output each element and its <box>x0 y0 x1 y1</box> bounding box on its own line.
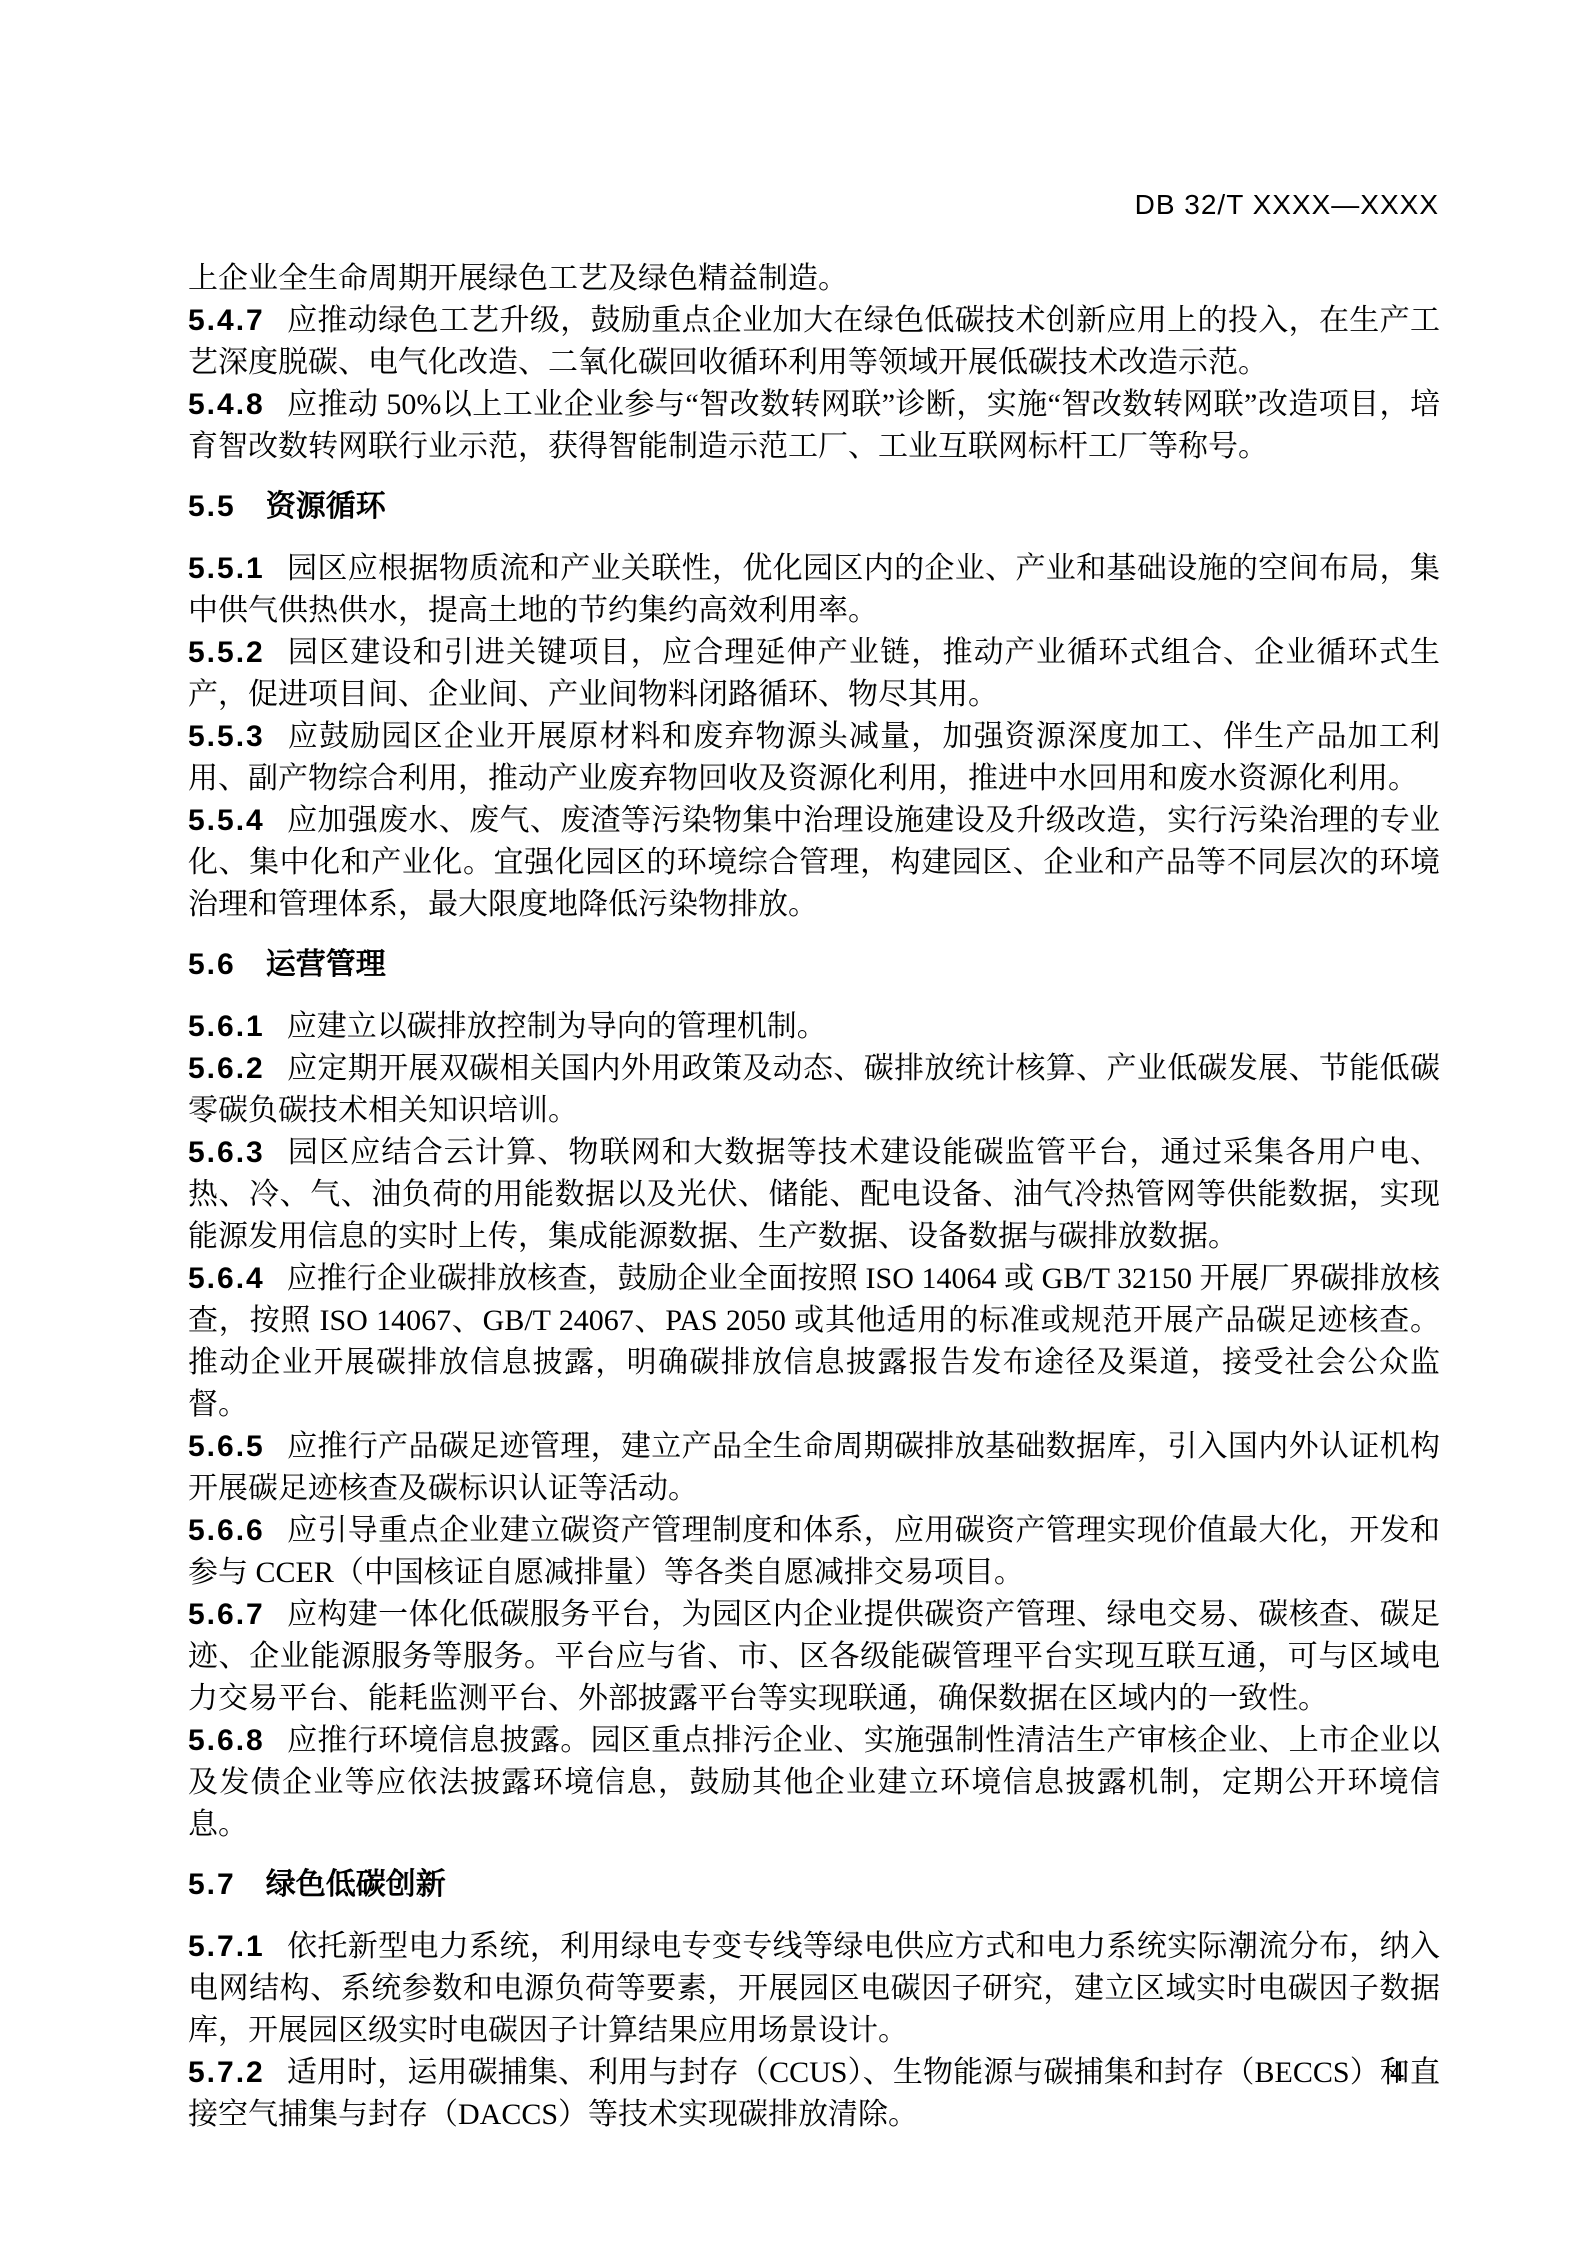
clause-5-5-2: 5.5.2园区建设和引进关键项目，应合理延伸产业链，推动产业循环式组合、企业循环… <box>188 632 1440 716</box>
clause-text: 应鼓励园区企业开展原材料和废弃物源头减量，加强资源深度加工、伴生产品加工利用、副… <box>188 720 1440 795</box>
clause-text: 应定期开展双碳相关国内外用政策及动态、碳排放统计核算、产业低碳发展、节能低碳零碳… <box>188 1052 1440 1127</box>
clause-number: 5.6.4 <box>188 1262 265 1295</box>
clause-number: 5.4.7 <box>188 304 265 337</box>
paragraph-text: 上企业全生命周期开展绿色工艺及绿色精益制造。 <box>188 262 848 295</box>
clause-text: 应加强废水、废气、废渣等污染物集中治理设施建设及升级改造，实行污染治理的专业化、… <box>188 804 1440 921</box>
header-doc-code: DB 32/T XXXX—XXXX <box>1135 189 1439 221</box>
clause-5-6-8: 5.6.8应推行环境信息披露。园区重点排污企业、实施强制性清洁生产审核企业、上市… <box>188 1720 1440 1846</box>
clause-number: 5.5.1 <box>188 552 265 585</box>
document-page: DB 32/T XXXX—XXXX 上企业全生命周期开展绿色工艺及绿色精益制造。… <box>0 0 1587 2245</box>
clause-5-6-7: 5.6.7应构建一体化低碳服务平台，为园区内企业提供碳资产管理、绿电交易、碳核查… <box>188 1594 1440 1720</box>
clause-text: 应推行企业碳排放核查，鼓励企业全面按照 ISO 14064 或 GB/T 321… <box>188 1262 1440 1421</box>
continuation-paragraph: 上企业全生命周期开展绿色工艺及绿色精益制造。 <box>188 258 1440 300</box>
clause-5-5-1: 5.5.1园区应根据物质流和产业关联性，优化园区内的企业、产业和基础设施的空间布… <box>188 548 1440 632</box>
section-heading-5-7: 5.7绿色低碳创新 <box>188 1864 1440 1906</box>
clause-text: 应推动 50%以上工业企业参与“智改数转网联”诊断，实施“智改数转网联”改造项目… <box>188 388 1440 463</box>
clause-number: 5.4.8 <box>188 388 265 421</box>
clause-text: 应构建一体化低碳服务平台，为园区内企业提供碳资产管理、绿电交易、碳核查、碳足迹、… <box>188 1598 1440 1715</box>
clause-5-7-1: 5.7.1依托新型电力系统，利用绿电专变专线等绿电供应方式和电力系统实际潮流分布… <box>188 1926 1440 2052</box>
clause-number: 5.5.4 <box>188 804 265 837</box>
clause-number: 5.6.8 <box>188 1724 265 1757</box>
clause-number: 5.6.2 <box>188 1052 265 1085</box>
document-body: 上企业全生命周期开展绿色工艺及绿色精益制造。 5.4.7应推动绿色工艺升级，鼓励… <box>188 258 1440 2136</box>
clause-5-7-2: 5.7.2适用时，运用碳捕集、利用与封存（CCUS）、生物能源与碳捕集和封存（B… <box>188 2052 1440 2136</box>
clause-number: 5.5.3 <box>188 720 265 753</box>
clause-5-6-1: 5.6.1应建立以碳排放控制为导向的管理机制。 <box>188 1006 1440 1048</box>
clause-number: 5.6.6 <box>188 1514 265 1547</box>
section-number: 5.6 <box>188 948 236 981</box>
section-title: 运营管理 <box>266 948 386 981</box>
clause-5-6-4: 5.6.4应推行企业碳排放核查，鼓励企业全面按照 ISO 14064 或 GB/… <box>188 1258 1440 1426</box>
clause-number: 5.7.2 <box>188 2056 265 2089</box>
clause-5-6-6: 5.6.6应引导重点企业建立碳资产管理制度和体系，应用碳资产管理实现价值最大化，… <box>188 1510 1440 1594</box>
clause-text: 园区应结合云计算、物联网和大数据等技术建设能碳监管平台，通过采集各用户电、热、冷… <box>188 1136 1440 1253</box>
page-number: 4 <box>1390 2056 1404 2090</box>
clause-text: 适用时，运用碳捕集、利用与封存（CCUS）、生物能源与碳捕集和封存（BECCS）… <box>188 2056 1440 2131</box>
clause-number: 5.6.1 <box>188 1010 265 1043</box>
section-heading-5-6: 5.6运营管理 <box>188 944 1440 986</box>
section-heading-5-5: 5.5资源循环 <box>188 486 1440 528</box>
clause-number: 5.5.2 <box>188 636 265 669</box>
clause-number: 5.6.3 <box>188 1136 265 1169</box>
clause-5-6-5: 5.6.5应推行产品碳足迹管理，建立产品全生命周期碳排放基础数据库，引入国内外认… <box>188 1426 1440 1510</box>
clause-text: 应推行产品碳足迹管理，建立产品全生命周期碳排放基础数据库，引入国内外认证机构开展… <box>188 1430 1440 1505</box>
section-title: 资源循环 <box>266 490 386 523</box>
clause-text: 应推动绿色工艺升级，鼓励重点企业加大在绿色低碳技术创新应用上的投入，在生产工艺深… <box>188 304 1440 379</box>
clause-number: 5.6.7 <box>188 1598 265 1631</box>
clause-5-5-3: 5.5.3应鼓励园区企业开展原材料和废弃物源头减量，加强资源深度加工、伴生产品加… <box>188 716 1440 800</box>
clause-text: 应引导重点企业建立碳资产管理制度和体系，应用碳资产管理实现价值最大化，开发和参与… <box>188 1514 1440 1589</box>
clause-5-4-8: 5.4.8应推动 50%以上工业企业参与“智改数转网联”诊断，实施“智改数转网联… <box>188 384 1440 468</box>
clause-number: 5.6.5 <box>188 1430 265 1463</box>
clause-text: 应推行环境信息披露。园区重点排污企业、实施强制性清洁生产审核企业、上市企业以及发… <box>188 1724 1440 1841</box>
clause-5-4-7: 5.4.7应推动绿色工艺升级，鼓励重点企业加大在绿色低碳技术创新应用上的投入，在… <box>188 300 1440 384</box>
clause-text: 应建立以碳排放控制为导向的管理机制。 <box>287 1010 827 1043</box>
clause-text: 依托新型电力系统，利用绿电专变专线等绿电供应方式和电力系统实际潮流分布，纳入电网… <box>188 1930 1440 2047</box>
section-number: 5.7 <box>188 1868 236 1901</box>
clause-number: 5.7.1 <box>188 1930 265 1963</box>
clause-text: 园区应根据物质流和产业关联性，优化园区内的企业、产业和基础设施的空间布局，集中供… <box>188 552 1440 627</box>
section-number: 5.5 <box>188 490 236 523</box>
clause-5-5-4: 5.5.4应加强废水、废气、废渣等污染物集中治理设施建设及升级改造，实行污染治理… <box>188 800 1440 926</box>
clause-text: 园区建设和引进关键项目，应合理延伸产业链，推动产业循环式组合、企业循环式生产，促… <box>188 636 1440 711</box>
clause-5-6-2: 5.6.2应定期开展双碳相关国内外用政策及动态、碳排放统计核算、产业低碳发展、节… <box>188 1048 1440 1132</box>
clause-5-6-3: 5.6.3园区应结合云计算、物联网和大数据等技术建设能碳监管平台，通过采集各用户… <box>188 1132 1440 1258</box>
section-title: 绿色低碳创新 <box>266 1868 446 1901</box>
